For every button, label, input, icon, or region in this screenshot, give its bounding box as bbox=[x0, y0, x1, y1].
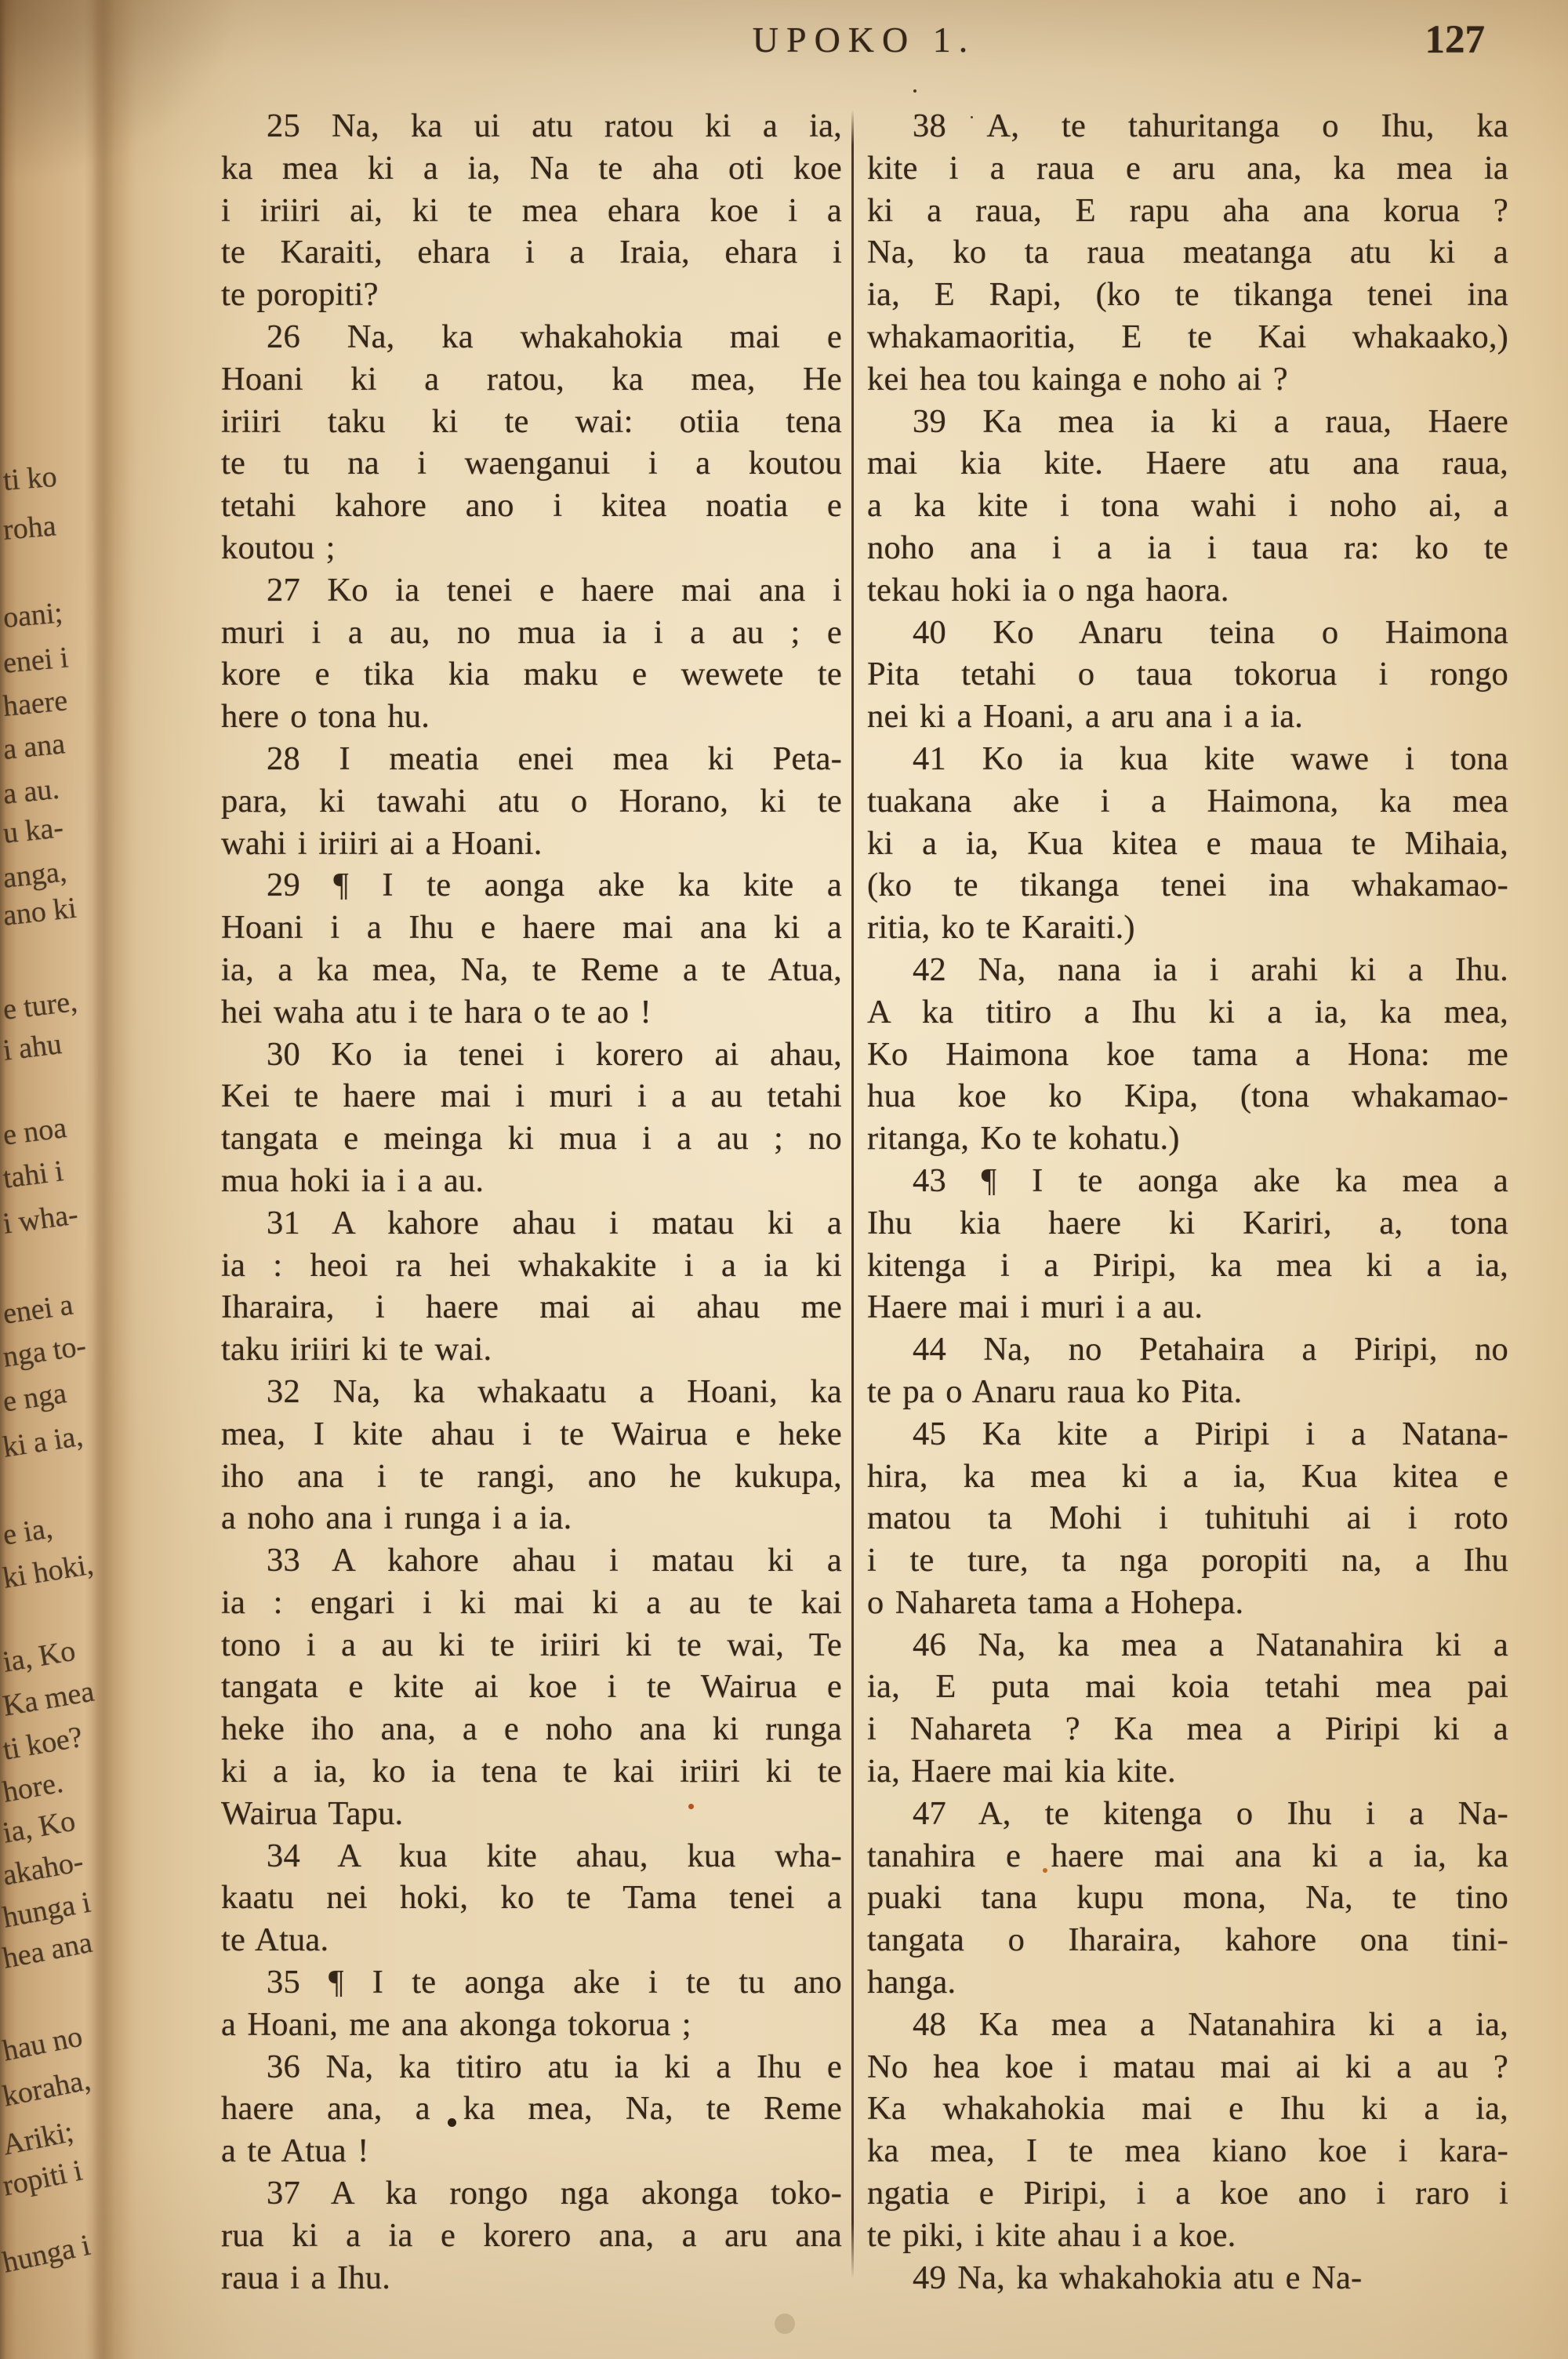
verse-line: ritia, ko te Karaiti.) bbox=[867, 907, 1508, 949]
verse-line: a ka kite i tona wahi i noho ai, a bbox=[867, 485, 1508, 527]
verse-line: heke iho ana, a e noho ana ki runga bbox=[221, 1708, 842, 1750]
verse-line: noho ana i a ia i taua ra: ko te bbox=[867, 527, 1508, 569]
verse-line: 37 A ka rongo nga akonga toko- bbox=[221, 2172, 842, 2215]
verse-line: tangata o Iharaira, kahore ona tini- bbox=[867, 1919, 1508, 1961]
verse-line: taku iriiri ki te wai. bbox=[221, 1329, 842, 1371]
gutter-text-fragment: i wha- bbox=[1, 1197, 80, 1241]
left-column: 25 Na, ka ui atu ratou ki a ia,ka mea ki… bbox=[221, 105, 842, 2299]
verse-line: wahi i iriiri ai a Hoani. bbox=[221, 823, 842, 865]
gutter-text-fragment: enei a bbox=[1, 1288, 75, 1332]
verse-line: kore e tika kia maku e wewete te bbox=[221, 653, 842, 696]
verse-line: 43 ¶ I te aonga ake ka mea a bbox=[867, 1160, 1508, 1202]
verse-line: puaki tana kupu mona, Na, te tino bbox=[867, 1877, 1508, 1919]
ink-speck bbox=[448, 2118, 456, 2127]
gutter-text-fragment: ia, Ko bbox=[0, 1634, 78, 1680]
verse-25: 25 Na, ka ui atu ratou ki a ia,ka mea ki… bbox=[221, 105, 842, 316]
gutter-text-fragment: a au. bbox=[2, 772, 61, 812]
verse-27: 27 Ko ia tenei e haere mai ana imuri i a… bbox=[221, 569, 842, 738]
verse-line: ia, Haere mai kia kite. bbox=[867, 1750, 1508, 1793]
verse-line: Iharaira, i haere mai ai ahau me bbox=[221, 1286, 842, 1329]
verse-line: kaatu nei hoki, ko te Tama tenei a bbox=[221, 1877, 842, 1919]
verse-line: ka mea, I te mea kiano koe i kara- bbox=[867, 2130, 1508, 2172]
verse-line: 38 A, te tahuritanga o Ihu, ka bbox=[867, 105, 1508, 147]
verse-line: ka mea ki a ia, Na te aha oti koe bbox=[221, 147, 842, 190]
gutter-text-fragment: e ture, bbox=[1, 984, 78, 1027]
verse-41: 41 Ko ia kua kite wawe i tonatuakana ake… bbox=[867, 738, 1508, 949]
verse-line: ia, a ka mea, Na, te Reme a te Atua, bbox=[221, 949, 842, 991]
gutter-text-fragment: koraha, bbox=[0, 2063, 93, 2114]
verse-line: 36 Na, ka titiro atu ia ki a Ihu e bbox=[221, 2046, 842, 2088]
ink-speck bbox=[913, 89, 916, 93]
verse-line: rua ki a ia e korero ana, a aru ana bbox=[221, 2215, 842, 2257]
verse-line: Ko Haimona koe tama a Hona: me bbox=[867, 1034, 1508, 1076]
gutter-text-fragment: ano ki bbox=[2, 891, 78, 933]
column-divider-rule bbox=[851, 110, 854, 2278]
verse-line: te piki, i kite ahau i a koe. bbox=[867, 2215, 1508, 2257]
gutter-text-fragment: ti ko bbox=[2, 460, 58, 498]
verse-line: tanahira e haere mai ana ki a ia, ka bbox=[867, 1835, 1508, 1877]
verse-line: Ka whakahokia mai e Ihu ki a ia, bbox=[867, 2088, 1508, 2130]
verse-37: 37 A ka rongo nga akonga toko-rua ki a i… bbox=[221, 2172, 842, 2299]
gutter-text-fragment: ki hoki, bbox=[0, 1547, 96, 1596]
verse-line: hira, ka mea ki a ia, Kua kitea e bbox=[867, 1456, 1508, 1498]
verse-line: hei waha atu i te hara o te ao ! bbox=[221, 991, 842, 1034]
verse-line: 31 A kahore ahau i matau ki a bbox=[221, 1202, 842, 1245]
verse-line: 28 I meatia enei mea ki Peta- bbox=[221, 738, 842, 780]
verse-47: 47 A, te kitenga o Ihu i a Na-tanahira e… bbox=[867, 1793, 1508, 2004]
verse-line: ki a raua, E rapu aha ana korua ? bbox=[867, 190, 1508, 232]
ink-speck bbox=[775, 2314, 795, 2334]
verse-line: whakamaoritia, E te Kai whakaako,) bbox=[867, 316, 1508, 358]
verse-line: Hoani ki a ratou, ka mea, He bbox=[221, 358, 842, 401]
verse-line: tono i a au ki te iriiri ki te wai, Te bbox=[221, 1624, 842, 1667]
verse-line: tangata e meinga ki mua i a au ; no bbox=[221, 1118, 842, 1160]
verse-line: tetahi kahore ano i kitea noatia e bbox=[221, 485, 842, 527]
verse-line: koutou ; bbox=[221, 527, 842, 569]
chapter-heading: UPOKO 1. bbox=[221, 19, 1507, 60]
gutter-text-fragment: oani; bbox=[2, 595, 64, 635]
verse-line: te tu na i waenganui i a koutou bbox=[221, 442, 842, 485]
verse-line: te pa o Anaru raua ko Pita. bbox=[867, 1371, 1508, 1413]
verse-40: 40 Ko Anaru teina o HaimonaPita tetahi o… bbox=[867, 612, 1508, 738]
gutter-text-fragment: e ia, bbox=[1, 1510, 55, 1552]
gutter-text-fragment: u ka- bbox=[2, 810, 65, 851]
gutter-text-fragment: e noa bbox=[1, 1110, 68, 1153]
gutter-text-fragment: a ana bbox=[2, 726, 67, 767]
verse-48: 48 Ka mea a Natanahira ki a ia,No hea ko… bbox=[867, 2004, 1508, 2257]
verse-line: hua koe ko Kipa, (tona whakamao- bbox=[867, 1075, 1508, 1118]
verse-39: 39 Ka mea ia ki a raua, Haeremai kia kit… bbox=[867, 401, 1508, 612]
verse-line: iriiri taku ki te wai: otiia tena bbox=[221, 401, 842, 443]
verse-line: Pita tetahi o taua tokorua i rongo bbox=[867, 653, 1508, 696]
verse-line: i iriiri ai, ki te mea ehara koe i a bbox=[221, 190, 842, 232]
verse-line: 41 Ko ia kua kite wawe i tona bbox=[867, 738, 1508, 780]
verse-line: Hoani i a Ihu e haere mai ana ki a bbox=[221, 907, 842, 949]
verse-line: 39 Ka mea ia ki a raua, Haere bbox=[867, 401, 1508, 443]
verse-35: 35 ¶ I te aonga ake i te tu anoa Hoani, … bbox=[221, 1961, 842, 2046]
verse-line: hanga. bbox=[867, 1961, 1508, 2004]
verse-line: i te ture, ta nga poropiti na, a Ihu bbox=[867, 1539, 1508, 1582]
verse-36: 36 Na, ka titiro atu ia ki a Ihu ehaere … bbox=[221, 2046, 842, 2172]
gutter-text-fragment: Ka mea bbox=[0, 1674, 96, 1724]
verse-line: ia, E Rapi, (ko te tikanga tenei ina bbox=[867, 274, 1508, 316]
verse-line: 26 Na, ka whakahokia mai e bbox=[221, 316, 842, 358]
verse-line: a noho ana i runga i a ia. bbox=[221, 1497, 842, 1539]
verse-43: 43 ¶ I te aonga ake ka mea aIhu kia haer… bbox=[867, 1160, 1508, 1329]
verse-49: 49 Na, ka whakahokia atu e Na- bbox=[867, 2257, 1508, 2299]
verse-line: 30 Ko ia tenei i korero ai ahau, bbox=[221, 1034, 842, 1076]
ink-speck bbox=[1043, 1868, 1047, 1873]
gutter-text-fragment: ia, Ko bbox=[0, 1804, 78, 1851]
verse-line: i Nahareta ? Ka mea a Piripi ki a bbox=[867, 1708, 1508, 1750]
verse-28: 28 I meatia enei mea ki Peta-para, ki ta… bbox=[221, 738, 842, 864]
verse-line: kitenga i a Piripi, ka mea ki a ia, bbox=[867, 1245, 1508, 1287]
verse-line: 47 A, te kitenga o Ihu i a Na- bbox=[867, 1793, 1508, 1835]
verse-line: (ko te tikanga tenei ina whakamao- bbox=[867, 864, 1508, 907]
verse-line: No hea koe i matau mai ai ki a au ? bbox=[867, 2046, 1508, 2088]
verse-line: a Hoani, me ana akonga tokorua ; bbox=[221, 2004, 842, 2046]
verse-line: a te Atua ! bbox=[221, 2130, 842, 2172]
verse-line: Haere mai i muri i a au. bbox=[867, 1286, 1508, 1329]
gutter-text-fragment: ti koe? bbox=[0, 1720, 85, 1768]
gutter-text-fragment: nga to- bbox=[1, 1329, 89, 1375]
verse-line: 33 A kahore ahau i matau ki a bbox=[221, 1539, 842, 1582]
verse-line: Wairua Tapu. bbox=[221, 1793, 842, 1835]
verse-38: 38 A, te tahuritanga o Ihu, kakite i a r… bbox=[867, 105, 1508, 401]
verse-29: 29 ¶ I te aonga ake ka kite aHoani i a I… bbox=[221, 864, 842, 1033]
verse-line: 32 Na, ka whakaatu a Hoani, ka bbox=[221, 1371, 842, 1413]
gutter-text-fragment: akaho- bbox=[0, 1845, 86, 1893]
verse-line: nei ki a Hoani, a aru ana i a ia. bbox=[867, 696, 1508, 738]
verse-line: muri i a au, no mua ia i a au ; e bbox=[221, 612, 842, 654]
verse-line: ngatia e Piripi, i a koe ano i raro i bbox=[867, 2172, 1508, 2215]
verse-line: here o tona hu. bbox=[221, 696, 842, 738]
verse-line: ki a ia, ko ia tena te kai iriiri ki te bbox=[221, 1750, 842, 1793]
verse-line: kite i a raua e aru ana, ka mea ia bbox=[867, 147, 1508, 190]
verse-line: ritanga, Ko te kohatu.) bbox=[867, 1118, 1508, 1160]
ink-speck bbox=[971, 116, 973, 118]
gutter-text-fragment: enei i bbox=[2, 640, 70, 681]
page-number: 127 bbox=[1425, 17, 1486, 63]
gutter-text-fragment: roha bbox=[2, 508, 57, 547]
verse-line: iho ana i te rangi, ano he kukupa, bbox=[221, 1456, 842, 1498]
verse-line: mea, I kite ahau i te Wairua e heke bbox=[221, 1413, 842, 1456]
gutter-text-fragment: hunga i bbox=[0, 2228, 93, 2281]
verse-line: te Atua. bbox=[221, 1919, 842, 1961]
verse-line: 27 Ko ia tenei e haere mai ana i bbox=[221, 569, 842, 612]
gutter-text-fragment: e nga bbox=[1, 1376, 69, 1419]
verse-line: te Karaiti, ehara i a Iraia, ehara i bbox=[221, 231, 842, 274]
verse-line: matou ta Mohi i tuhituhi ai i roto bbox=[867, 1497, 1508, 1539]
verse-line: tuakana ake i a Haimona, ka mea bbox=[867, 780, 1508, 823]
verse-line: mai kia kite. Haere atu ana raua, bbox=[867, 442, 1508, 485]
gutter-text-fragment: tahi i bbox=[1, 1154, 65, 1196]
gutter-text-fragment: i ahu bbox=[1, 1027, 64, 1068]
verse-42: 42 Na, nana ia i arahi ki a Ihu.A ka tit… bbox=[867, 949, 1508, 1160]
verse-line: 45 Ka kite a Piripi i a Natana- bbox=[867, 1413, 1508, 1456]
verse-line: 49 Na, ka whakahokia atu e Na- bbox=[867, 2257, 1508, 2299]
verse-line: para, ki tawahi atu o Horano, ki te bbox=[221, 780, 842, 823]
verse-30: 30 Ko ia tenei i korero ai ahau,Kei te h… bbox=[221, 1034, 842, 1202]
verse-line: 25 Na, ka ui atu ratou ki a ia, bbox=[221, 105, 842, 147]
verse-line: ki a ia, Kua kitea e maua te Mihaia, bbox=[867, 823, 1508, 865]
verse-line: ia : heoi ra hei whakakite i a ia ki bbox=[221, 1245, 842, 1287]
verse-line: kei hea tou kainga e noho ai ? bbox=[867, 358, 1508, 401]
verse-line: ia : engari i ki mai ki a au te kai bbox=[221, 1582, 842, 1624]
verse-line: 42 Na, nana ia i arahi ki a Ihu. bbox=[867, 949, 1508, 991]
binding-gutter-crease bbox=[93, 0, 130, 2359]
verse-line: 44 Na, no Petahaira a Piripi, no bbox=[867, 1329, 1508, 1371]
verse-33: 33 A kahore ahau i matau ki aia : engari… bbox=[221, 1539, 842, 1835]
verse-line: 29 ¶ I te aonga ake ka kite a bbox=[221, 864, 842, 907]
verse-34: 34 A kua kite ahau, kua wha-kaatu nei ho… bbox=[221, 1835, 842, 1961]
verse-line: tekau hoki ia o nga haora. bbox=[867, 569, 1508, 612]
verse-line: A ka titiro a Ihu ki a ia, ka mea, bbox=[867, 991, 1508, 1034]
verse-44: 44 Na, no Petahaira a Piripi, note pa o … bbox=[867, 1329, 1508, 1413]
right-column: 38 A, te tahuritanga o Ihu, kakite i a r… bbox=[867, 105, 1508, 2299]
verse-line: 46 Na, ka mea a Natanahira ki a bbox=[867, 1624, 1508, 1667]
gutter-text-fragment: ki a ia, bbox=[1, 1419, 85, 1465]
gutter-text-fragment: haere bbox=[2, 683, 69, 724]
verse-line: Ihu kia haere ki Kariri, a, tona bbox=[867, 1202, 1508, 1245]
book-page: ti korohaoani;enei ihaerea anaa au.u ka-… bbox=[0, 0, 1568, 2359]
gutter-text-fragment: anga, bbox=[2, 854, 69, 896]
verse-46: 46 Na, ka mea a Natanahira ki aia, E put… bbox=[867, 1624, 1508, 1793]
verse-line: 40 Ko Anaru teina o Haimona bbox=[867, 612, 1508, 654]
verse-line: 48 Ka mea a Natanahira ki a ia, bbox=[867, 2004, 1508, 2046]
verse-32: 32 Na, ka whakaatu a Hoani, kamea, I kit… bbox=[221, 1371, 842, 1539]
verse-line: mua hoki ia i a au. bbox=[221, 1160, 842, 1202]
verse-line: 35 ¶ I te aonga ake i te tu ano bbox=[221, 1961, 842, 2004]
verse-26: 26 Na, ka whakahokia mai eHoani ki a rat… bbox=[221, 316, 842, 569]
verse-line: ia, E puta mai koia tetahi mea pai bbox=[867, 1666, 1508, 1708]
verse-line: haere ana, a ka mea, Na, te Reme bbox=[221, 2088, 842, 2130]
verse-line: o Nahareta tama a Hohepa. bbox=[867, 1582, 1508, 1624]
verse-line: Na, ko ta raua meatanga atu ki a bbox=[867, 231, 1508, 274]
verse-line: 34 A kua kite ahau, kua wha- bbox=[221, 1835, 842, 1877]
verse-line: tangata e kite ai koe i te Wairua e bbox=[221, 1666, 842, 1708]
ink-speck bbox=[688, 1804, 694, 1809]
verse-line: raua i a Ihu. bbox=[221, 2257, 842, 2299]
page-header: UPOKO 1. 127 bbox=[221, 19, 1507, 74]
verse-31: 31 A kahore ahau i matau ki aia : heoi r… bbox=[221, 1202, 842, 1371]
verse-45: 45 Ka kite a Piripi i a Natana-hira, ka … bbox=[867, 1413, 1508, 1624]
verse-line: te poropiti? bbox=[221, 274, 842, 316]
gutter-text-fragment: hore. bbox=[0, 1765, 66, 1810]
gutter-text-fragment: hau no bbox=[0, 2019, 85, 2069]
verse-line: Kei te haere mai i muri i a au tetahi bbox=[221, 1075, 842, 1118]
